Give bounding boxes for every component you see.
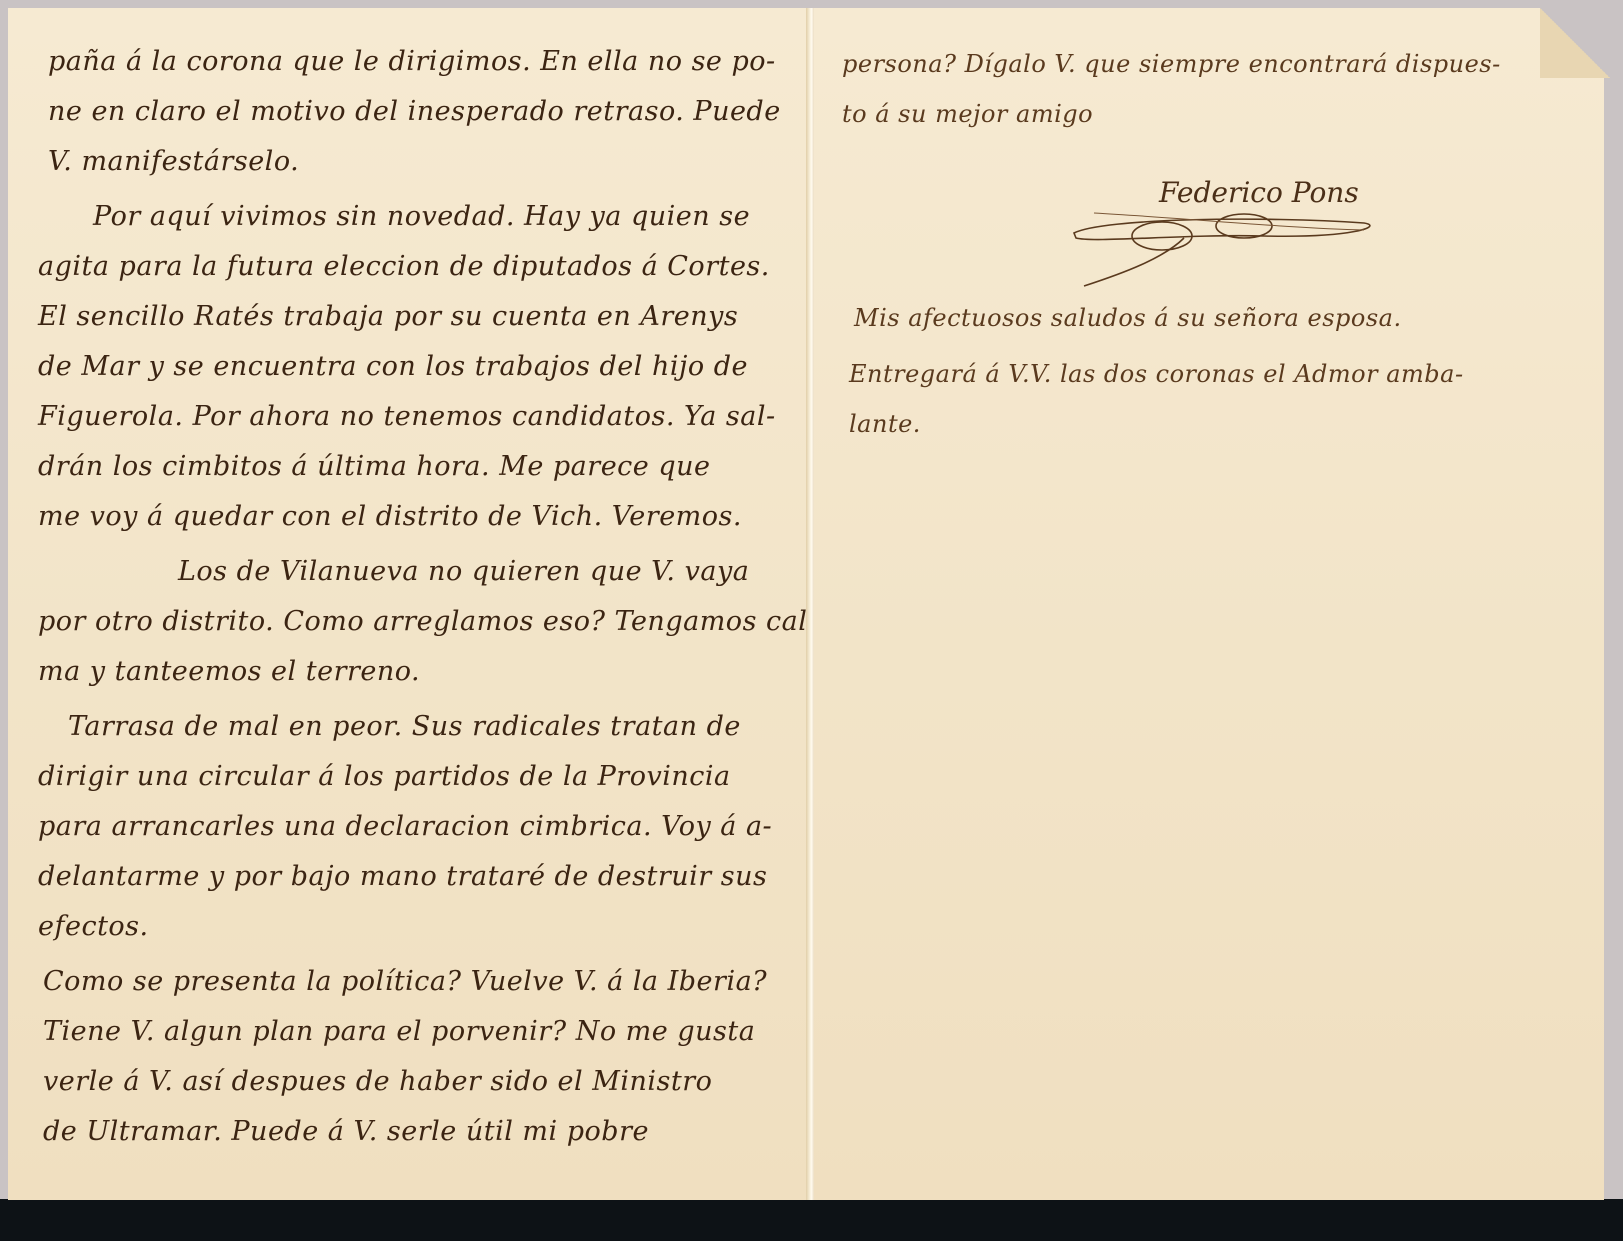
left-line-11: Los de Vilanueva no quieren que V. vaya <box>178 556 749 587</box>
left-line-7: de Mar y se encuentra con los trabajos d… <box>38 351 748 382</box>
left-line-17: delantarme y por bajo mano trataré de de… <box>38 861 767 892</box>
left-line-1: paña á la corona que le dirigimos. En el… <box>48 46 776 77</box>
right-line-1: persona? Dígalo V. que siempre encontrar… <box>842 50 1501 78</box>
folded-corner <box>1540 8 1610 78</box>
left-line-3: V. manifestárselo. <box>48 146 299 177</box>
left-line-8: Figuerola. Por ahora no tenemos candidat… <box>38 401 776 432</box>
left-line-21: verle á V. así despues de haber sido el … <box>43 1066 712 1097</box>
left-line-4: Por aquí vivimos sin novedad. Hay ya qui… <box>93 201 750 232</box>
right-page: persona? Dígalo V. que siempre encontrar… <box>814 8 1604 1200</box>
left-line-10: me voy á quedar con el distrito de Vich.… <box>38 501 742 532</box>
left-line-19: Como se presenta la política? Vuelve V. … <box>43 966 767 997</box>
signature-flourish-icon <box>1064 198 1384 288</box>
left-line-5: agita para la futura eleccion de diputad… <box>38 251 770 282</box>
right-line-4: Entregará á V.V. las dos coronas el Admo… <box>849 360 1464 388</box>
right-line-2: to á su mejor amigo <box>842 100 1093 128</box>
left-line-20: Tiene V. algun plan para el porvenir? No… <box>43 1016 755 1047</box>
right-line-3: Mis afectuosos saludos á su señora espos… <box>854 304 1402 332</box>
left-line-15: dirigir una circular á los partidos de l… <box>38 761 731 792</box>
right-line-5: lante. <box>849 410 921 438</box>
left-page: paña á la corona que le dirigimos. En el… <box>8 8 808 1200</box>
left-line-14: Tarrasa de mal en peor. Sus radicales tr… <box>68 711 741 742</box>
left-line-6: El sencillo Ratés trabaja por su cuenta … <box>38 301 738 332</box>
left-line-9: drán los cimbitos á última hora. Me pare… <box>38 451 711 482</box>
scan-bottom-strip <box>0 1199 1623 1241</box>
left-line-2: ne en claro el motivo del inesperado ret… <box>48 96 781 127</box>
left-line-13: ma y tanteemos el terreno. <box>38 656 420 687</box>
left-line-22: de Ultramar. Puede á V. serle útil mi po… <box>43 1116 649 1147</box>
left-line-12: por otro distrito. Como arreglamos eso? … <box>38 606 817 637</box>
letter-sheet: paña á la corona que le dirigimos. En el… <box>8 8 1604 1200</box>
left-line-18: efectos. <box>38 911 149 942</box>
left-line-16: para arrancarles una declaracion cimbric… <box>38 811 772 842</box>
